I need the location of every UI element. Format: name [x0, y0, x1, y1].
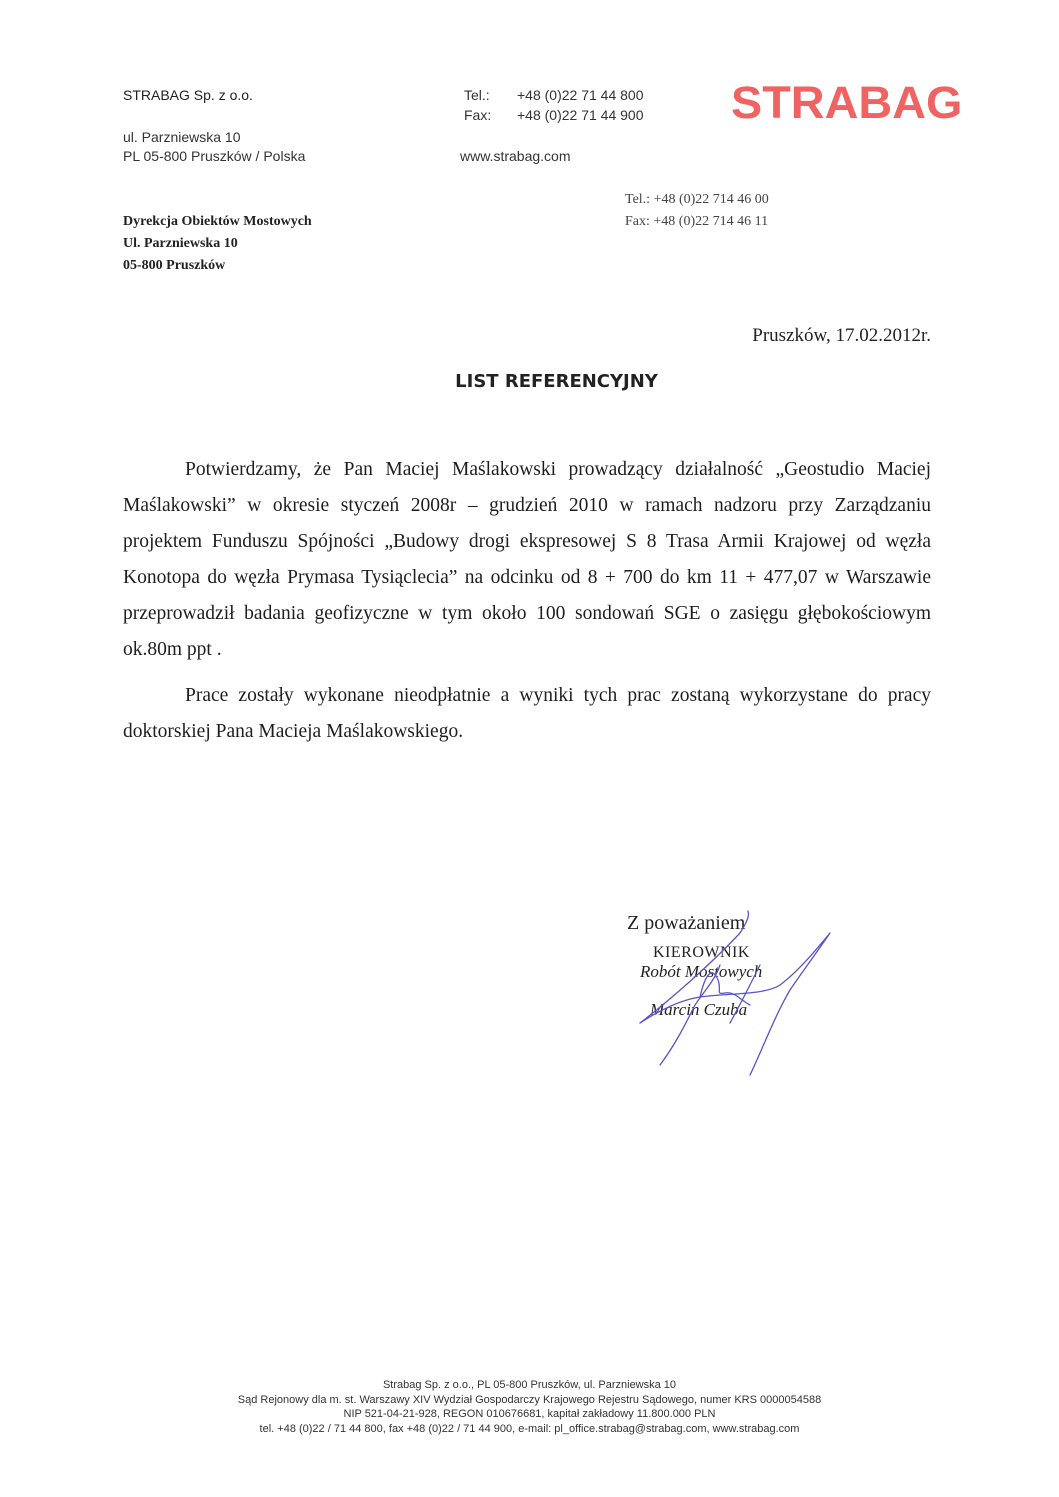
recipient-name: Dyrekcja Obiektów Mostowych: [123, 214, 312, 230]
phone-value: +48 (0)22 71 44 800: [517, 87, 644, 103]
fax-label: Fax:: [464, 107, 517, 123]
document-title-text: LIST REFERENCYJNY: [455, 371, 658, 392]
paragraph-text: Potwierdzamy, że Pan Maciej Maślakowski …: [123, 452, 931, 668]
signatory-role: KIEROWNIK: [653, 944, 750, 962]
letter-date: Pruszków, 17.02.2012r.: [752, 325, 931, 347]
signatory-department: Robót Mostowych: [640, 962, 762, 982]
recipient-fax: Fax: +48 (0)22 714 46 11: [625, 214, 768, 230]
body-paragraph-1: Potwierdzamy, że Pan Maciej Maślakowski …: [123, 452, 931, 668]
company-footer: Strabag Sp. z o.o., PL 05-800 Pruszków, …: [0, 1378, 1059, 1436]
strabag-logo: STRABAG: [731, 80, 962, 125]
footer-line: NIP 521-04-21-928, REGON 010676681, kapi…: [0, 1407, 1059, 1422]
fax-value: +48 (0)22 71 44 900: [517, 107, 644, 123]
company-street: ul. Parzniewska 10: [123, 129, 241, 145]
closing-salutation: Z poważaniem: [627, 912, 745, 935]
signatory-name: Marcin Czuba: [650, 1000, 747, 1020]
company-name: STRABAG Sp. z o.o.: [123, 87, 253, 103]
company-website: www.strabag.com: [460, 148, 570, 164]
company-phone: Tel.:+48 (0)22 71 44 800: [464, 87, 644, 103]
recipient-city: 05-800 Pruszków: [123, 258, 225, 274]
phone-label: Tel.:: [464, 87, 517, 103]
footer-line: Strabag Sp. z o.o., PL 05-800 Pruszków, …: [0, 1378, 1059, 1393]
company-city: PL 05-800 Pruszków / Polska: [123, 148, 305, 164]
recipient-phone: Tel.: +48 (0)22 714 46 00: [625, 192, 769, 208]
body-paragraph-2: Prace zostały wykonane nieodpłatnie a wy…: [123, 678, 931, 750]
company-fax: Fax:+48 (0)22 71 44 900: [464, 107, 644, 123]
paragraph-text: Prace zostały wykonane nieodpłatnie a wy…: [123, 678, 931, 750]
document-title: LIST REFERENCYJNY: [0, 371, 1059, 392]
footer-line: Sąd Rejonowy dla m. st. Warszawy XIV Wyd…: [0, 1393, 1059, 1408]
footer-line: tel. +48 (0)22 / 71 44 800, fax +48 (0)2…: [0, 1422, 1059, 1437]
recipient-street: Ul. Parzniewska 10: [123, 236, 238, 252]
